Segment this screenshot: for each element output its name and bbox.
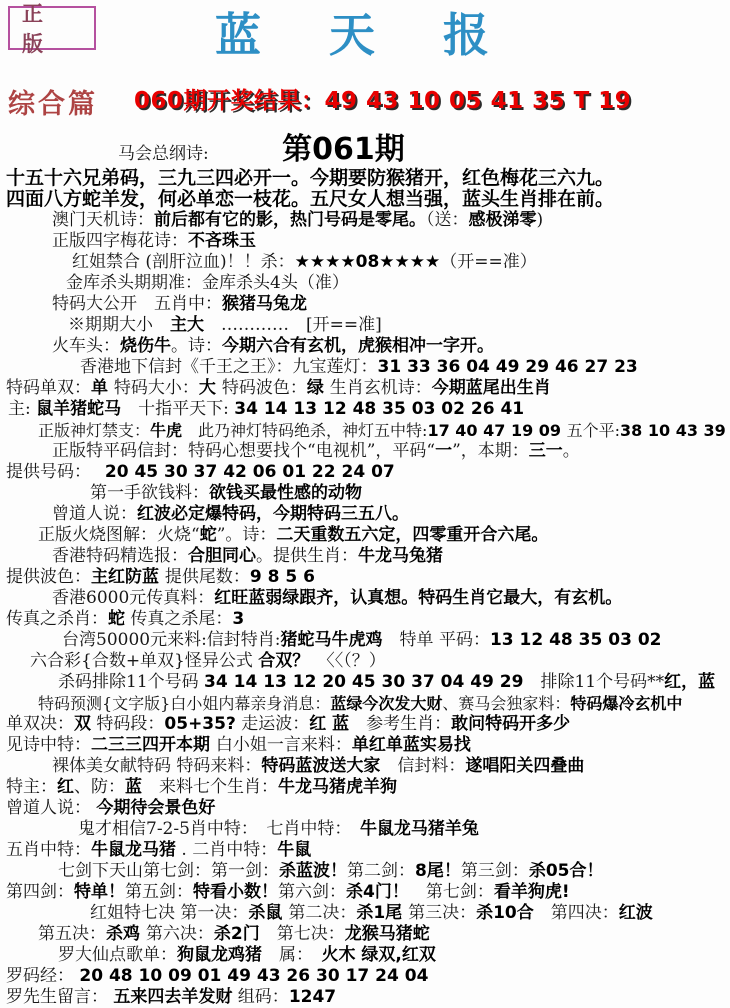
report-line: ※期期大小 主大 ………… [开==准] — [0, 315, 730, 336]
text-segment: 特码大公开 五肖中： — [52, 294, 222, 314]
report-line: 马会总纲诗: 第061期 — [0, 132, 730, 168]
report-line: 香港地下信封《千王之王》：九宝莲灯：31 33 36 04 49 29 46 2… — [0, 357, 730, 378]
subhead-row: 综合篇 060期开奖结果：49 43 10 05 41 35 T 19 — [0, 76, 730, 126]
text-segment: 裸体美女献特码 特码来料： — [52, 756, 261, 776]
text-segment: 鼠羊猪蛇马 — [36, 399, 121, 419]
text-segment: 特码波色： — [222, 378, 307, 398]
text-segment: 今期六合有玄机，虎猴相冲一字开。 — [222, 336, 494, 356]
text-segment: 马会总纲诗: — [118, 144, 209, 164]
text-segment: 主: — [8, 399, 36, 419]
report-line: 十五十六兄弟码，三九三四必开一。今期要防猴猪开，红色梅花三六九。 — [0, 168, 730, 189]
text-segment: 第二决： — [288, 903, 356, 923]
text-segment: 单 — [91, 378, 114, 398]
text-segment: 信封料： — [380, 756, 465, 776]
text-segment: 特码段： — [91, 714, 164, 734]
text-segment: 红姐特七决 第一决： — [90, 903, 248, 923]
text-segment: 十五十六兄弟码，三九三四必开一。今期要防猴猪开，红色梅花三六九。 — [6, 167, 614, 189]
text-segment: 特码蓝波送大家 — [261, 756, 380, 776]
text-segment: 特看小数！ — [193, 882, 278, 902]
text-segment: 第六剑： — [278, 882, 346, 902]
text-segment: . 二肖中特： — [176, 840, 277, 860]
text-segment: 香港6000元传真料： — [52, 588, 214, 608]
text-segment: 红 蓝 — [309, 714, 349, 734]
text-segment: 34 14 13 12 20 45 30 37 04 49 29 — [204, 672, 523, 692]
text-segment: 3 — [232, 609, 244, 629]
text-segment: 38 10 43 39 21 — [620, 421, 730, 440]
text-segment: 红旺蓝弱绿跟齐，认真想。特码生肖它最大，有玄机。 — [214, 588, 622, 608]
authentic-stamp-label: 正 版 — [22, 0, 94, 58]
report-line: 特码单双：单 特码大小：大 特码波色：绿 生肖玄机诗：今期蓝尾出生肖 — [0, 378, 730, 399]
report-line: 香港6000元传真料：红旺蓝弱绿跟齐，认真想。特码生肖它最大，有玄机。 — [0, 588, 730, 609]
text-segment: 杀鸡 — [106, 924, 146, 944]
text-segment: 罗大仙点歌单： — [58, 945, 177, 965]
text-segment: 香港地下信封《千王之王》：九宝莲灯： — [80, 357, 378, 377]
text-segment: 走运波： — [236, 714, 309, 734]
text-segment: 曾道人说： — [6, 798, 96, 818]
report-line: 五肖中特：牛鼠龙马猪 . 二肖中特：牛鼠 — [0, 840, 730, 861]
text-segment: 杀2门 — [214, 924, 260, 944]
text-segment: 看羊狗虎! — [494, 882, 570, 902]
text-segment: 杀蓝波！ — [279, 861, 347, 881]
text-segment: 台湾50000元来料:信封特肖: — [62, 630, 281, 650]
previous-draw-result: 060期开奖结果：49 43 10 05 41 35 T 19 — [134, 82, 631, 115]
text-segment: 杀码排除11个号码 — [58, 672, 204, 692]
text-segment: 不吝珠玉 — [188, 231, 256, 251]
text-segment: ) — [537, 210, 544, 230]
text-segment: （送： — [426, 210, 469, 230]
text-segment: 1247 — [289, 987, 336, 1007]
text-segment: 特码大小： — [114, 378, 199, 398]
text-segment: 龙猴马猪蛇 — [345, 924, 430, 944]
text-segment: 遂唱阳关四叠曲 — [465, 756, 584, 776]
text-segment: 红姐禁合 (剖肝泣血)！！杀： — [72, 252, 295, 272]
text-segment: 曾道人说： — [52, 504, 137, 524]
text-segment: 红波 — [619, 903, 653, 923]
text-segment: 四面八方蛇羊发，何必单恋一枝花。五尺女人想当强，蓝头生肖排在前。 — [6, 188, 614, 210]
report-line: 罗码经： 20 48 10 09 01 49 43 26 30 17 24 04 — [0, 966, 730, 987]
text-segment: 蓝绿今次发大财 — [330, 694, 442, 713]
report-line: 特码预测{文字版}白小姐内幕亲身消息：蓝绿今次发大财、赛马会独家料：特码爆冷玄机… — [0, 693, 730, 714]
text-segment: 17 40 47 19 09 — [427, 421, 566, 440]
masthead: 正 版 蓝 天 报 — [0, 0, 730, 74]
text-segment: 杀10合 — [476, 903, 534, 923]
text-segment: 牛鼠龙马猪 — [91, 840, 176, 860]
report-page: 正 版 蓝 天 报 综合篇 060期开奖结果：49 43 10 05 41 35… — [0, 0, 730, 1008]
text-segment: 红 — [57, 777, 74, 797]
text-segment: 特单 平码： — [383, 630, 490, 650]
text-segment: 香港特码精选报： — [52, 546, 188, 566]
text-segment: 20 48 10 09 01 49 43 26 30 17 24 04 — [79, 966, 428, 986]
text-segment: 传真之杀尾： — [125, 609, 232, 629]
text-segment: 第五决： — [38, 924, 106, 944]
text-segment: 第三决： — [408, 903, 476, 923]
page-title: 蓝 天 报 — [0, 0, 730, 70]
text-segment: 金库杀头期期准：金库杀头4头（准） — [66, 273, 349, 293]
text-segment: 来料七个生肖： — [142, 777, 278, 797]
report-line: 正版火烧图解：火烧“蛇”。诗：二天重数五六定，四零重开合六尾。 — [0, 525, 730, 546]
text-segment: ”。诗： — [217, 525, 277, 545]
text-segment: 生肖玄机诗： — [330, 378, 432, 398]
report-line: 主: 鼠羊猪蛇马 十指平天下: 34 14 13 12 48 35 03 02 … — [0, 399, 730, 420]
text-segment: 五个平: — [567, 421, 620, 440]
text-segment: 第四决： — [534, 903, 619, 923]
text-segment: 主大 — [170, 315, 204, 335]
text-segment: 正版特平码信封：特码心想要找个“电视机”，平码“ — [52, 441, 435, 461]
edition-label: 综合篇 — [8, 82, 98, 121]
text-segment: 一 — [435, 441, 452, 461]
report-line: 传真之杀肖：蛇 传真之杀尾：3 — [0, 609, 730, 630]
text-segment: 第七决： — [260, 924, 345, 944]
text-segment: 蓝 — [125, 777, 142, 797]
text-segment: ………… [开==准] — [204, 315, 382, 335]
text-segment: 第五剑： — [125, 882, 193, 902]
text-segment: 第二剑： — [347, 861, 415, 881]
text-segment: 见诗中特： — [6, 735, 91, 755]
report-line: 特主：红、防：蓝 来料七个生肖：牛龙马猪虎羊狗 — [0, 777, 730, 798]
text-segment: 澳门天机诗： — [52, 210, 154, 230]
text-segment: 感极涕零 — [469, 210, 537, 230]
text-segment: 五肖中特： — [6, 840, 91, 860]
text-segment: 提供号码： — [6, 462, 105, 482]
text-segment: 前后都有它的影，热门号码是零尾。 — [154, 210, 426, 230]
report-line: 曾道人说：红波必定爆特码，今期特码三五八。 — [0, 504, 730, 525]
report-body: 马会总纲诗: 第061期十五十六兄弟码，三九三四必开一。今期要防猴猪开，红色梅花… — [0, 126, 730, 1008]
text-segment: 红波必定爆特码，今期特码三五八。 — [137, 504, 409, 524]
text-segment: 敢问特码开多少 — [451, 714, 570, 734]
text-segment: 蛇 — [200, 525, 217, 545]
text-segment: 8尾！ — [415, 861, 461, 881]
text-segment: 。 — [563, 441, 580, 461]
text-segment: 单双决： — [6, 714, 74, 734]
text-segment: 主红防蓝 — [91, 567, 165, 587]
report-line: 台湾50000元来料:信封特肖:猪蛇马牛虎鸡 特单 平码：13 12 48 35… — [0, 630, 730, 651]
text-segment: 传真之杀肖： — [6, 609, 108, 629]
text-segment: 提供尾数： — [165, 567, 250, 587]
text-segment: 二天重数五六定，四零重开合六尾。 — [276, 525, 548, 545]
report-line: 四面八方蛇羊发，何必单恋一枝花。五尺女人想当强，蓝头生肖排在前。 — [0, 189, 730, 210]
text-segment: 猪蛇马牛虎鸡 — [281, 630, 383, 650]
report-line: 单双决：双 特码段：05+35? 走运波：红 蓝 参考生肖：敢问特码开多少 — [0, 714, 730, 735]
report-line: 提供号码： 20 45 30 37 42 06 01 22 24 07 — [0, 462, 730, 483]
report-line: 正版四字梅花诗：不吝珠玉 — [0, 231, 730, 252]
text-segment: 〈〈（？） — [309, 651, 386, 671]
text-segment: 组码： — [232, 987, 288, 1007]
text-segment: 34 14 13 12 48 35 03 02 26 41 — [234, 399, 524, 419]
text-segment: 正版四字梅花诗： — [52, 231, 188, 251]
report-line: 香港特码精选报：合胆同心。提供生肖：牛龙马兔猪 — [0, 546, 730, 567]
text-segment: 罗先生留言： — [6, 987, 113, 1007]
text-segment: 此乃神灯特码绝杀，神灯五中特: — [182, 421, 427, 440]
text-segment: 正版火烧图解：火烧“ — [38, 525, 200, 545]
report-line: 火车头：烧伤牛。诗：今期六合有玄机，虎猴相冲一字开。 — [0, 336, 730, 357]
text-segment: 属： — [262, 945, 322, 965]
text-segment: 第七剑： — [409, 882, 494, 902]
text-segment: 特单！ — [74, 882, 125, 902]
text-segment: 白小姐一言来料： — [216, 735, 352, 755]
text-segment: 今期蓝尾出生肖 — [432, 378, 551, 398]
text-segment: 火车头： — [52, 336, 120, 356]
text-segment: 。诗： — [171, 336, 222, 356]
report-line: 金库杀头期期准：金库杀头4头（准） — [0, 273, 730, 294]
text-segment: 特码爆冷玄机中 — [570, 694, 682, 713]
report-line: 特码大公开 五肖中：猴猪马兔龙 — [0, 294, 730, 315]
report-line: 鬼才相信7-2-5肖中特： 七肖中特： 牛鼠龙马猪羊兔 — [0, 819, 730, 840]
text-segment: 合胆同心 — [188, 546, 256, 566]
report-line: 正版特平码信封：特码心想要找个“电视机”，平码“一”，本期：三一。 — [0, 441, 730, 462]
text-segment — [209, 144, 282, 164]
text-segment: 今期待会景色好 — [96, 798, 215, 818]
text-segment: 第六决： — [146, 924, 214, 944]
text-segment: 正版神灯禁支： — [38, 421, 150, 440]
text-segment: 鬼才相信7-2-5肖中特： 七肖中特： — [78, 819, 360, 839]
text-segment: 三一 — [529, 441, 563, 461]
text-segment: 特主： — [6, 777, 57, 797]
text-segment: 牛龙马兔猪 — [358, 546, 443, 566]
text-segment: 31 33 36 04 49 29 46 27 23 — [378, 357, 638, 377]
report-line: 第一手欲钱料：欲钱买最性感的动物 — [0, 483, 730, 504]
report-line: 六合彩{合数+单双}怪异公式 合双？ 〈〈（？） — [0, 651, 730, 672]
text-segment: 第061期 — [282, 132, 405, 167]
report-line: 裸体美女献特码 特码来料：特码蓝波送大家 信封料：遂唱阳关四叠曲 — [0, 756, 730, 777]
text-segment: 杀05合！ — [529, 861, 604, 881]
text-segment: 七剑下天山第七剑：第一剑： — [58, 861, 279, 881]
text-segment: 杀4门！ — [346, 882, 409, 902]
text-segment: 绿 — [307, 378, 330, 398]
text-segment: 双 — [74, 714, 91, 734]
text-segment: 猴猪马兔龙 — [222, 294, 307, 314]
text-segment: 二三三四开本期 — [91, 735, 216, 755]
report-line: 罗大仙点歌单：狗鼠龙鸡猪 属： 火木 绿双,红双 — [0, 945, 730, 966]
report-line: 杀码排除11个号码 34 14 13 12 20 45 30 37 04 49 … — [0, 672, 730, 693]
report-line: 红姐禁合 (剖肝泣血)！！杀：★★★★08★★★★（开==准） — [0, 252, 730, 273]
text-segment: 牛虎 — [150, 421, 182, 440]
report-line: 红姐特七决 第一决：杀鼠 第二决：杀1尾 第三决：杀10合 第四决：红波 — [0, 903, 730, 924]
text-segment: 、赛马会独家料： — [442, 694, 570, 713]
text-segment: 红，蓝 — [664, 672, 715, 692]
authentic-stamp: 正 版 — [8, 6, 96, 50]
text-segment: 第一手欲钱料： — [90, 483, 209, 503]
text-segment: 第四剑： — [6, 882, 74, 902]
report-line: 七剑下天山第七剑：第一剑：杀蓝波！第二剑：8尾！第三剑：杀05合！ — [0, 861, 730, 882]
text-segment: （开==准） — [440, 252, 537, 272]
report-line: 见诗中特：二三三四开本期 白小姐一言来料：单红单蓝实易找 — [0, 735, 730, 756]
text-segment: ”，本期： — [452, 441, 529, 461]
text-segment: 、防： — [74, 777, 125, 797]
text-segment: 05+35? — [164, 714, 235, 734]
text-segment: 狗鼠龙鸡猪 — [177, 945, 262, 965]
text-segment: 参考生肖： — [349, 714, 451, 734]
text-segment: ★★★★08★★★★ — [295, 252, 441, 272]
text-segment: ※期期大小 — [68, 315, 170, 335]
text-segment: 第三剑： — [461, 861, 529, 881]
text-segment: 杀1尾 — [356, 903, 408, 923]
report-line: 正版神灯禁支：牛虎 此乃神灯特码绝杀，神灯五中特:17 40 47 19 09 … — [0, 420, 730, 441]
text-segment: 欲钱买最性感的动物 — [209, 483, 362, 503]
text-segment: 牛鼠龙马猪羊兔 — [360, 819, 479, 839]
text-segment: 9 8 5 6 — [250, 567, 315, 587]
text-segment: 六合彩{合数+单双}怪异公式 — [30, 651, 258, 671]
text-segment: 特码预测{文字版}白小姐内幕亲身消息： — [38, 694, 330, 713]
text-segment: 排除11个号码** — [523, 672, 664, 692]
text-segment: 。提供生肖： — [256, 546, 358, 566]
report-line: 罗先生留言： 五来四去羊发财 组码：1247 — [0, 987, 730, 1008]
text-segment: 罗码经： — [6, 966, 79, 986]
text-segment: 五来四去羊发财 — [113, 987, 232, 1007]
text-segment: 13 12 48 35 03 02 — [490, 630, 662, 650]
text-segment: 蛇 — [108, 609, 125, 629]
text-segment: 杀鼠 — [248, 903, 288, 923]
text-segment: 大 — [199, 378, 222, 398]
report-line: 曾道人说： 今期待会景色好 — [0, 798, 730, 819]
text-segment: 提供波色： — [6, 567, 91, 587]
text-segment: 合双？ — [258, 651, 309, 671]
text-segment: 十指平天下: — [121, 399, 234, 419]
text-segment: 20 45 30 37 42 06 01 22 24 07 — [105, 462, 395, 482]
text-segment: 单红单蓝实易找 — [352, 735, 471, 755]
report-line: 第四剑：特单！第五剑：特看小数！第六剑：杀4门！ 第七剑：看羊狗虎! — [0, 882, 730, 903]
report-line: 提供波色：主红防蓝 提供尾数：9 8 5 6 — [0, 567, 730, 588]
report-line: 澳门天机诗：前后都有它的影，热门号码是零尾。（送：感极涕零) — [0, 210, 730, 231]
text-segment: 牛龙马猪虎羊狗 — [278, 777, 397, 797]
text-segment: 火木 绿双,红双 — [322, 945, 436, 965]
text-segment: 特码单双： — [6, 378, 91, 398]
text-segment: 烧伤牛 — [120, 336, 171, 356]
text-segment: 牛鼠 — [277, 840, 311, 860]
report-line: 第五决：杀鸡 第六决：杀2门 第七决：龙猴马猪蛇 — [0, 924, 730, 945]
